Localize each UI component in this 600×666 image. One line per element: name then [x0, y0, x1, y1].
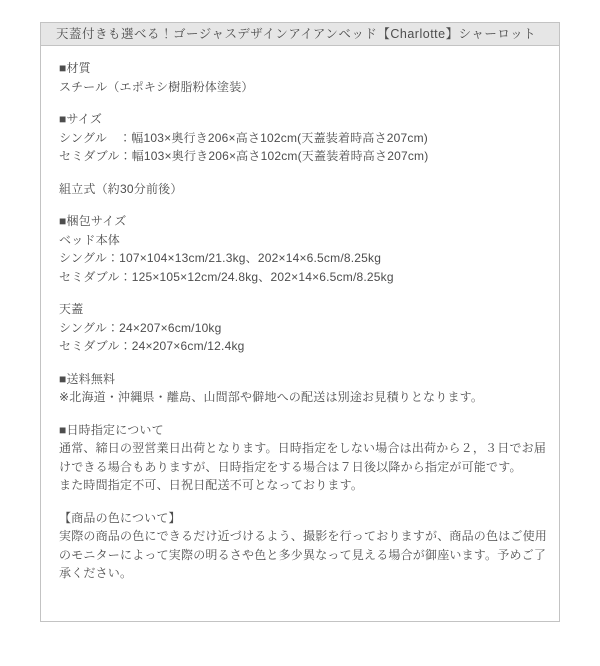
text-line: セミダブル：幅103×奥行き206×高さ102cm(天蓋装着時高さ207cm)	[59, 147, 543, 166]
section-product-color: 【商品の色について】実際の商品の色にできるだけ近づけるよう、撮影を行っております…	[59, 509, 543, 583]
text-line: 天蓋	[59, 300, 543, 319]
text-line: シングル ：幅103×奥行き206×高さ102cm(天蓋装着時高さ207cm)	[59, 129, 543, 148]
text-line: ■送料無料	[59, 370, 543, 389]
text-line: セミダブル：24×207×6cm/12.4kg	[59, 337, 543, 356]
text-line: ■材質	[59, 59, 543, 78]
text-line: ベッド本体	[59, 231, 543, 250]
text-line: ■梱包サイズ	[59, 212, 543, 231]
text-line: 通常、締日の翌営業日出荷となります。日時指定をしない場合は出荷から２，３日でお届	[59, 439, 543, 458]
text-line: 【商品の色について】	[59, 509, 543, 528]
text-line: シングル：24×207×6cm/10kg	[59, 319, 543, 338]
section-material: ■材質スチール（エポキシ樹脂粉体塗装）	[59, 59, 543, 96]
text-line: のモニターによって実際の明るさや色と多少異なって見える場合が御座います。予めご了	[59, 546, 543, 565]
text-line: けできる場合もありますが、日時指定をする場合は７日後以降から指定が可能です。	[59, 458, 543, 477]
product-spec-body: ■材質スチール（エポキシ樹脂粉体塗装） ■サイズシングル ：幅103×奥行き20…	[40, 46, 560, 622]
text-line: 承ください。	[59, 564, 543, 583]
section-package-size-canopy: 天蓋シングル：24×207×6cm/10kgセミダブル：24×207×6cm/1…	[59, 300, 543, 356]
text-line: スチール（エポキシ樹脂粉体塗装）	[59, 78, 543, 97]
product-title-bar: 天蓋付きも選べる！ゴージャスデザインアイアンベッド【Charlotte】シャーロ…	[40, 22, 560, 46]
section-package-size-bed: ■梱包サイズベッド本体シングル：107×104×13cm/21.3kg、202×…	[59, 212, 543, 286]
text-line: ■サイズ	[59, 110, 543, 129]
section-size: ■サイズシングル ：幅103×奥行き206×高さ102cm(天蓋装着時高さ207…	[59, 110, 543, 166]
text-line: シングル：107×104×13cm/21.3kg、202×14×6.5cm/8.…	[59, 249, 543, 268]
product-spec-panel: 天蓋付きも選べる！ゴージャスデザインアイアンベッド【Charlotte】シャーロ…	[40, 22, 560, 622]
text-line: セミダブル：125×105×12cm/24.8kg、202×14×6.5cm/8…	[59, 268, 543, 287]
text-line: ■日時指定について	[59, 421, 543, 440]
section-shipping: ■送料無料※北海道・沖縄県・離島、山間部や僻地への配送は別途お見積りとなります。	[59, 370, 543, 407]
text-line: ※北海道・沖縄県・離島、山間部や僻地への配送は別途お見積りとなります。	[59, 388, 543, 407]
text-line: 実際の商品の色にできるだけ近づけるよう、撮影を行っておりますが、商品の色はご使用	[59, 527, 543, 546]
product-title: 天蓋付きも選べる！ゴージャスデザインアイアンベッド【Charlotte】シャーロ…	[56, 27, 536, 41]
text-line: 組立式（約30分前後）	[59, 180, 543, 199]
section-assembly: 組立式（約30分前後）	[59, 180, 543, 199]
section-delivery-date: ■日時指定について通常、締日の翌営業日出荷となります。日時指定をしない場合は出荷…	[59, 421, 543, 495]
text-line: また時間指定不可、日祝日配送不可となっております。	[59, 476, 543, 495]
